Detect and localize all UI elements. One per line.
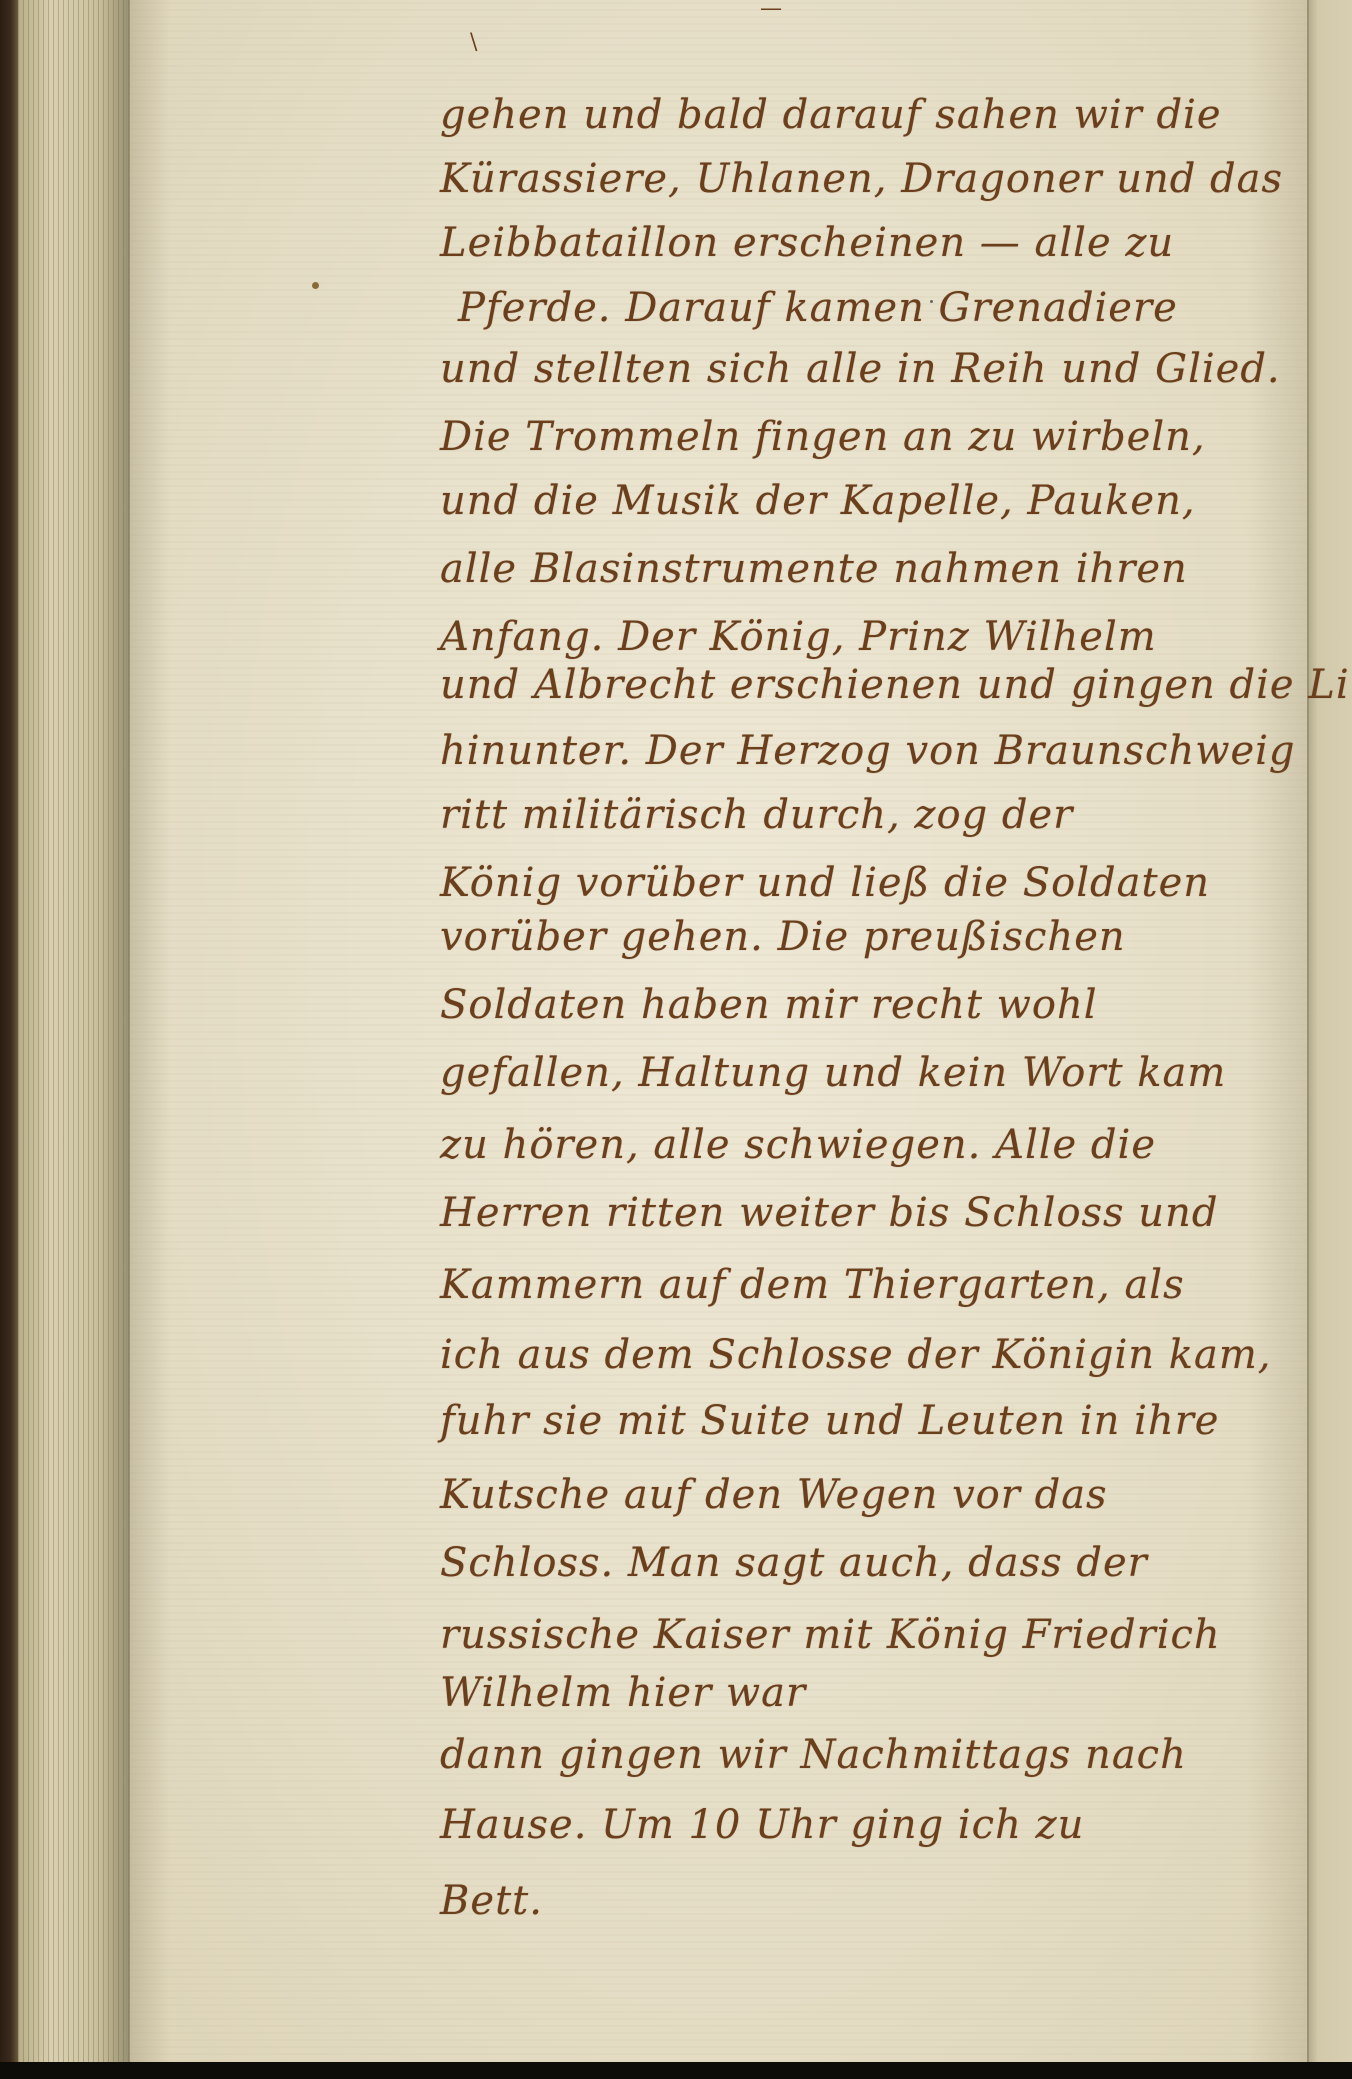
text-line: zu hören, alle schwiegen. Alle die [440,1122,1156,1182]
stray-mark: \ [470,30,477,55]
text-line: König vorüber und ließ die Soldaten [440,860,1210,920]
page-edge-shadow [100,0,130,2065]
scan-bottom-border [0,2062,1352,2079]
text-line: Wilhelm hier war [440,1670,806,1730]
text-line: und die Musik der Kapelle, Pauken, [440,478,1196,538]
text-line: Bett. [440,1878,543,1938]
text-line: russische Kaiser mit König Friedrich [440,1612,1221,1672]
text-line: hinunter. Der Herzog von Braunschweig [440,728,1296,788]
text-line: Kürassiere, Uhlanen, Dragoner und das [440,156,1283,216]
fold-shadow [1247,0,1307,2062]
text-line: Hause. Um 10 Uhr ging ich zu [440,1802,1084,1862]
text-line: Kutsche auf den Wegen vor das [440,1472,1108,1532]
stray-mark: — [760,0,782,21]
text-line: dann gingen wir Nachmittags nach [440,1732,1187,1792]
text-line: fuhr sie mit Suite und Leuten in ihre [440,1398,1219,1458]
facing-page-edge [1307,0,1352,2062]
text-line: Pferde. Darauf kamen Grenadiere [458,285,1178,345]
text-line: Herren ritten weiter bis Schloss und [440,1190,1218,1250]
text-line: gehen und bald darauf sahen wir die [440,92,1222,152]
text-line: Die Trommeln fingen an zu wirbeln, [440,414,1206,474]
text-line: ich aus dem Schlosse der Königin kam, [440,1332,1272,1392]
text-line: Leibbataillon erscheinen — alle zu [440,220,1174,280]
text-line: ritt militärisch durch, zog der [440,792,1073,852]
book-cover-edge [0,0,18,2079]
text-line: Schloss. Man sagt auch, dass der [440,1540,1148,1600]
text-line: alle Blasinstrumente nahmen ihren [440,546,1188,606]
gutter-shadow [130,0,170,2062]
manuscript-scan: \ — gehen und bald darauf sahen wir die … [0,0,1352,2079]
stacked-page-edges [18,0,130,2065]
text-line: und stellten sich alle in Reih und Glied… [440,346,1281,406]
text-line: vorüber gehen. Die preußischen [440,914,1126,974]
text-line: und Albrecht erschienen und gingen die L… [440,662,1352,722]
text-line: Kammern auf dem Thiergarten, als [440,1262,1185,1322]
text-line: gefallen, Haltung und kein Wort kam [440,1050,1226,1110]
text-line: Soldaten haben mir recht wohl [440,982,1098,1042]
ink-spot [312,282,319,289]
